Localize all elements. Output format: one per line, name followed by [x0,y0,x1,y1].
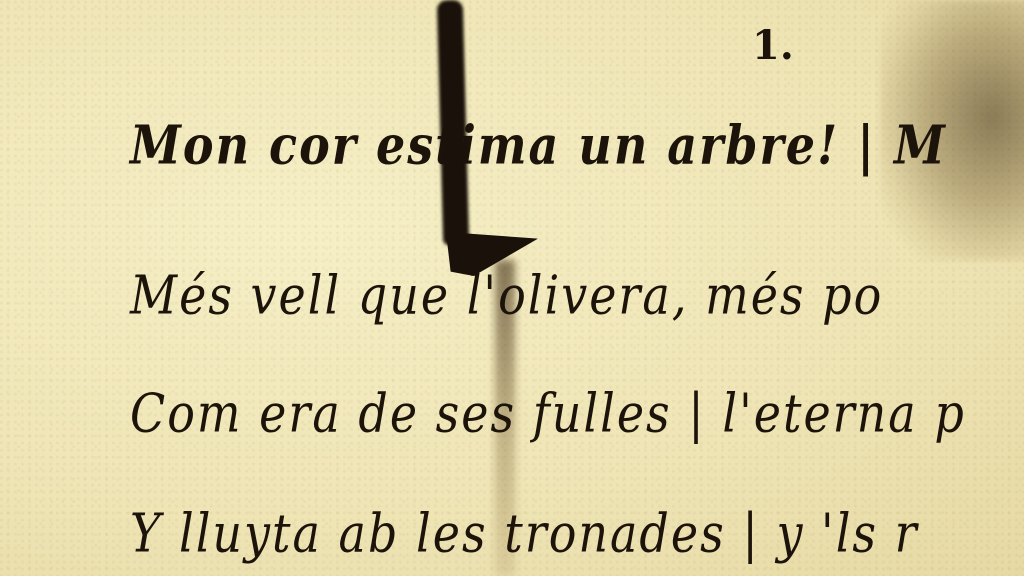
manuscript-line-3: Com era de ses fulles | l'eterna p [130,382,966,444]
manuscript-line-4: Y lluyta ab les tronades | y 'ls r [130,502,919,564]
manuscript-page: 1. Mon cor estima un arbre! | M Més vell… [0,0,1024,576]
manuscript-line-1: Mon cor estima un arbre! | M [130,114,947,176]
manuscript-line-2: Més vell que l'olivera, més po [130,264,883,326]
page-number: 1. [752,22,794,69]
